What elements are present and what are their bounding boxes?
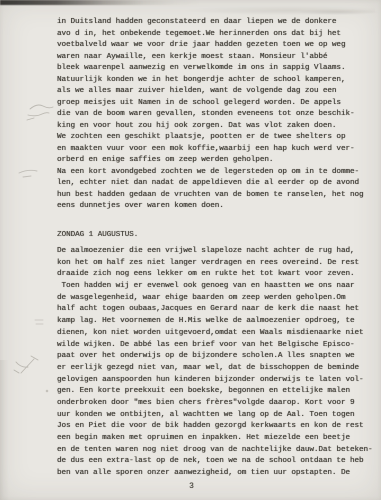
text-line: Toen hadden wij er evenwel ook genoeg va… [57,281,373,293]
text-line: groep meisjes uit Namen in de school gel… [57,98,363,110]
text-line: een begin maken met opruimen en inpakken… [57,433,373,445]
page-number: 3 [189,482,194,491]
text-line: er eerlijk gezegd niet van, maar wel, da… [57,363,373,375]
text-line: wilde wijken. De abbé las een brief voor… [57,340,373,352]
paragraph-2: De aalmoezenier die een vrijwel slapeloz… [57,246,373,480]
text-line: die van de boom waren gevallen, stonden … [57,109,363,121]
section-heading: ZONDAG 1 AUGUSTUS. [57,231,138,239]
pencil-mark-5 [46,390,48,392]
text-line: uur konden we ontbijten, al wachtten we … [57,410,373,422]
text-line: de wasgelegenheid, waar ehige baarden om… [57,293,373,305]
pencil-mark-4 [14,356,38,373]
text-line: Natuurlijk konden we in het bongerdje ac… [57,75,363,87]
text-line: de dus een extra-last op de nek, toen we… [57,456,373,468]
pencil-mark-1 [27,105,53,120]
text-line: kamp lag. Het voornemen de H.Mis welke d… [57,316,373,328]
text-line: gen. Een korte preekxuit een boekske, be… [57,386,373,398]
text-line: De aalmoezenier die een vrijwel slapeloz… [57,246,373,258]
pencil-mark-2 [19,170,37,177]
text-line: paat over het onderwijs op de bijzondere… [57,351,373,363]
text-line: voetbalveld waar we voor drie jaar hadde… [57,40,363,52]
text-line: kon het om half zes niet langer verdrage… [57,258,373,270]
text-line: hun best hadden gedaan de vruchten van d… [57,190,363,202]
pencil-mark-3 [35,320,43,324]
text-line: Jos en Piet die voor de bik hadden gezor… [57,421,373,433]
text-line: orberd en enige saffies om zeep werden g… [57,155,363,167]
scan-artifact-smudge [300,9,378,15]
scan-artifact-edge-shade [0,360,9,500]
text-line: We zochten een geschikt plaatsje, pootte… [57,132,363,144]
text-line: als we alles maar zuiver hielden, want d… [57,86,363,98]
text-line: onderbroken door "mes bien chers frères"… [57,398,373,410]
scanned-typewritten-page: in Duitsland hadden geconstateerd en daa… [0,0,381,500]
text-line: bleek waarenpel aanwezig en verwelkomde … [57,63,363,75]
text-line: en maakten vuur voor een mok koffie,waar… [57,144,363,156]
text-line: len, echter niet dan nadat de appeldieve… [57,178,363,190]
text-line: in Duitsland hadden geconstateerd en daa… [57,17,363,29]
text-line: Na een kort avondgebed zochten we de leg… [57,167,363,179]
text-line: waren naar Aywaille, een kerkje moest st… [57,52,363,64]
text-line: ben van alle sporen onzer aanwezigheid, … [57,468,373,480]
text-line: king en voor hout zou hij ook zorgen. Da… [57,121,363,133]
text-line: gelovigen aanspoorden hun kinderen bijzo… [57,375,373,387]
text-line: en de tenten waren nog niet droog van de… [57,445,373,457]
scan-artifact-top-bar [0,0,200,5]
text-line: dienen, kon niet worden uitgevoerd,omdat… [57,328,373,340]
text-line: eens dunnetjes over waren komen doen. [57,201,363,213]
paragraph-1: in Duitsland hadden geconstateerd en daa… [57,17,363,213]
text-line: draaide zich nog eens lekker om en rukte… [57,269,373,281]
text-line: avo d in, het onbekende tegemoet.We heri… [57,29,363,41]
text-line: half acht togen oubaas,Jacques en Gerard… [57,304,373,316]
